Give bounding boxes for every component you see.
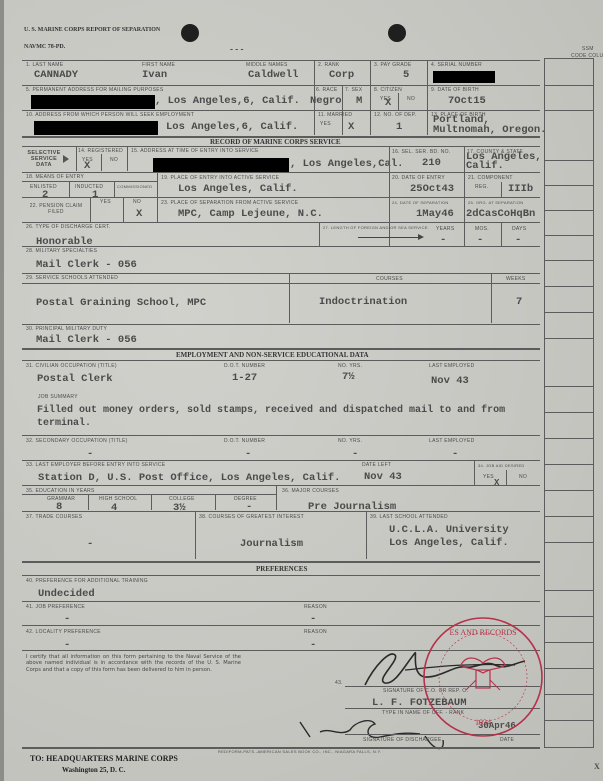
- trade-courses-value: -: [87, 538, 93, 550]
- col-line: [151, 494, 152, 510]
- race-value: Negro: [310, 95, 342, 107]
- sel-ser-bd-label: 16. SEL. SER. BD. NO.: [392, 149, 451, 155]
- col-line: [501, 222, 502, 246]
- birthplace-line2: Multnomah, Oregon.: [433, 124, 546, 136]
- serial-number-label: 4. SERIAL NUMBER: [431, 62, 482, 68]
- code-line: [544, 210, 594, 211]
- registered-no-label: NO: [110, 157, 118, 163]
- sex-value: M: [356, 95, 362, 107]
- col-line: [501, 182, 502, 197]
- col-line: [127, 146, 128, 171]
- date-of-entry-value: 25Oct43: [410, 183, 454, 195]
- years-value: -: [440, 234, 446, 246]
- col-line: [464, 146, 465, 246]
- weeks-label: WEEKS: [506, 276, 526, 282]
- employment-address-value: Los Angeles,6, Calif.: [166, 121, 298, 133]
- enlisted-value: 2: [42, 189, 48, 201]
- col-line: [491, 273, 492, 323]
- col-line: [427, 60, 428, 135]
- married-no-mark: X: [348, 121, 354, 133]
- svg-text:ES AND RECORDS: ES AND RECORDS: [449, 628, 516, 637]
- additional-training-value: Undecided: [38, 588, 95, 600]
- document-page: U. S. MARINE CORPS REPORT OF SEPARATION …: [0, 0, 603, 781]
- code-line: [544, 642, 594, 643]
- secondary-dot-label: D.O.T. NUMBER: [224, 438, 265, 444]
- weeks-value: 7: [516, 296, 522, 308]
- inducted-value: 1: [92, 189, 98, 201]
- redacted-entry-address: [153, 158, 289, 172]
- row-line: [22, 435, 540, 436]
- secondary-occupation-label: 32. SECONDARY OCCUPATION (TITLE): [26, 438, 128, 444]
- place-of-separation-label: 23. PLACE OF SEPARATION FROM ACTIVE SERV…: [161, 200, 298, 206]
- arrow-long-icon: [358, 237, 420, 238]
- row-line: [22, 246, 540, 247]
- row-line: [22, 460, 540, 461]
- job-summary-line2: terminal.: [37, 418, 91, 429]
- place-of-entry-value: Los Angeles, Calif.: [178, 183, 298, 195]
- place-of-separation-value: MPC, Camp Lejeune, N.C.: [178, 208, 323, 220]
- job-summary-label: JOB SUMMARY: [38, 394, 78, 400]
- discharge-type-label: 26. TYPE OF DISCHARGE CERT.: [26, 224, 111, 230]
- months-value: -: [477, 234, 483, 246]
- address-at-entry-label: 15. ADDRESS AT TIME OF ENTRY INTO SERVIC…: [131, 148, 259, 154]
- sel-ser-bd-value: 210: [422, 157, 441, 169]
- means-of-entry-label: 18. MEANS OF ENTRY: [26, 174, 84, 180]
- col-line: [76, 146, 77, 171]
- registered-yes-mark: X: [84, 160, 90, 172]
- col-line: [289, 273, 290, 323]
- org-at-separation-value: 2dCasCoHqBn: [466, 208, 535, 220]
- code-line: [544, 464, 594, 465]
- pension-no-label: NO: [133, 199, 141, 205]
- dot-number-value: 1-27: [232, 372, 257, 384]
- days-value: -: [515, 234, 521, 246]
- col-line: [114, 181, 115, 197]
- row-line: [22, 60, 540, 61]
- row-line: [22, 511, 540, 512]
- college-value: 3½: [173, 502, 186, 514]
- dot-number-label: D.O.T. NUMBER: [224, 363, 265, 369]
- commissioned-label: COMMISSIONED: [117, 184, 152, 189]
- col-line: [88, 494, 89, 510]
- pension-no-mark: X: [136, 208, 142, 220]
- arrow-right-icon: [63, 155, 69, 163]
- col-line: [474, 460, 475, 485]
- code-line: [544, 694, 594, 695]
- job-summary-line1: Filled out money orders, sold stamps, re…: [37, 405, 505, 416]
- rank-value: Corp: [329, 69, 354, 81]
- corner-mark: X: [594, 762, 600, 771]
- dob-label: 9. DATE OF BIRTH: [431, 87, 479, 93]
- component-reg-label: REG.: [475, 184, 488, 190]
- redacted-serial-number: [433, 71, 495, 83]
- date-left-value: Nov 43: [364, 471, 402, 483]
- last-employed-label: LAST EMPLOYED: [429, 363, 475, 369]
- first-name-value: Ivan: [142, 69, 167, 81]
- col-line: [69, 181, 70, 197]
- middle-name-label: MIDDLE NAMES: [246, 62, 288, 68]
- job-aid-yes-label: YES: [483, 474, 494, 480]
- col-line: [366, 511, 367, 559]
- code-line: [544, 616, 594, 617]
- code-line: [544, 58, 594, 59]
- code-line: [544, 516, 594, 517]
- archives-seal: ES AND RECORDS 1934: [421, 615, 545, 739]
- courses-label: COURSES: [376, 276, 403, 282]
- code-line: [544, 438, 594, 439]
- last-school-line1: U.C.L.A. University: [389, 524, 509, 536]
- married-yes-label: YES: [320, 121, 331, 127]
- job-preference-value: -: [64, 613, 70, 625]
- col-line: [370, 60, 371, 135]
- secondary-yrs-value: -: [352, 448, 358, 460]
- principal-duty-label: 30. PRINCIPAL MILITARY DUTY: [26, 326, 107, 332]
- row-line: [22, 494, 276, 495]
- civilian-occupation-label: 31. CIVILIAN OCCUPATION (TITLE): [26, 363, 117, 369]
- row-line: [22, 146, 540, 147]
- code-line: [544, 720, 594, 721]
- secondary-yrs-label: NO. YRS.: [338, 438, 362, 444]
- job-reason-value: -: [310, 613, 316, 625]
- county-state-line2: Calif.: [466, 160, 504, 172]
- row-line: [22, 85, 540, 86]
- form-title: U. S. MARINE CORPS REPORT OF SEPARATION: [24, 27, 160, 33]
- major-courses-label: 36. MAJOR COURSES: [282, 488, 339, 494]
- selective-service-label: SELECTIVE SERVICE DATA: [24, 150, 64, 168]
- printer-imprint: REDIFORM-PATS.-AMERICAN SALES BOOK CO., …: [218, 749, 381, 754]
- form-number: NAVMC 78-PD.: [24, 44, 65, 50]
- col-line: [398, 93, 399, 110]
- job-aid-no-label: NO: [519, 474, 527, 480]
- component-value: IIIb: [508, 183, 533, 195]
- code-line: [544, 386, 594, 387]
- locality-reason-label: REASON: [304, 629, 327, 635]
- col-line: [276, 485, 277, 510]
- race-label: 6. RACE: [316, 87, 338, 93]
- redacted-street-address: [31, 95, 155, 109]
- component-label: 21. COMPONENT: [468, 175, 513, 181]
- place-of-entry-label: 19. PLACE OF ENTRY INTO ACTIVE SERVICE: [161, 175, 279, 181]
- row-line: [22, 181, 157, 182]
- code-line: [544, 235, 594, 236]
- preferences-section-title: PREFERENCES: [256, 565, 307, 573]
- row-line: [22, 324, 540, 325]
- job-aid-yes-mark: X: [494, 478, 499, 488]
- row-line: [22, 575, 540, 576]
- secondary-occupation-value: -: [87, 448, 93, 460]
- last-name-value: CANNADY: [34, 69, 78, 81]
- last-school-line2: Los Angeles, Calif.: [389, 537, 509, 549]
- rank-label: 2. RANK: [318, 62, 340, 68]
- punch-hole-left: [181, 24, 199, 42]
- footer-to-line1: TO: HEADQUARTERS MARINE CORPS: [30, 754, 178, 763]
- address-at-entry-value: , Los Angeles,Cal.: [290, 158, 403, 170]
- certification-statement: I certify that all information on this f…: [26, 654, 241, 673]
- section-line: [22, 348, 540, 350]
- secondary-last-employed-label: LAST EMPLOYED: [429, 438, 475, 444]
- secondary-last-employed-value: -: [452, 448, 458, 460]
- inducted-label: INDUCTED: [75, 184, 103, 190]
- code-line: [544, 260, 594, 261]
- courses-value: Indoctrination: [319, 296, 407, 308]
- code-line: [544, 160, 594, 161]
- scan-edge: [0, 0, 4, 781]
- trade-courses-label: 37. TRADE COURSES: [26, 514, 82, 520]
- last-name-label: 1. LAST NAME: [26, 62, 63, 68]
- last-employer-value: Station D, U.S. Post Office, Los Angeles…: [38, 472, 340, 484]
- additional-training-label: 40. PREFERENCE FOR ADDITIONAL TRAINING: [26, 578, 148, 584]
- job-preference-label: 41. JOB PREFERENCE: [26, 604, 85, 610]
- code-column-top: SSM: [582, 46, 594, 52]
- row-line: [22, 360, 540, 361]
- col-line: [389, 146, 390, 246]
- service-schools-label: 29. SERVICE SCHOOLS ATTENDED: [26, 275, 118, 281]
- svg-text:1934: 1934: [475, 718, 491, 727]
- foreign-service-label: 27. LENGTH OF FOREIGN AND/OR SEA SERVICE: [323, 225, 428, 230]
- citizen-no-label: NO: [407, 96, 415, 102]
- last-employer-label: 33. LAST EMPLOYER BEFORE ENTRY INTO SERV…: [26, 462, 165, 468]
- civilian-occupation-value: Postal Clerk: [37, 373, 113, 385]
- org-at-separation-label: 25. ORG. AT SEPARATION: [468, 200, 523, 205]
- date-left-label: DATE LEFT: [362, 462, 391, 468]
- col-line: [101, 154, 102, 171]
- military-specialties-label: 28. MILITARY SPECIALTIES: [26, 248, 97, 254]
- job-reason-label: REASON: [304, 604, 327, 610]
- code-line: [544, 747, 594, 748]
- months-label: MOS.: [475, 226, 489, 232]
- employment-section-title: EMPLOYMENT AND NON-SERVICE EDUCATIONAL D…: [176, 351, 369, 359]
- principal-duty-value: Mail Clerk - 056: [36, 334, 137, 346]
- job-aid-label: 34. JOB AID DESIRED: [478, 463, 525, 468]
- row-line: [22, 485, 540, 486]
- row-line: [22, 273, 540, 274]
- code-line: [544, 85, 594, 86]
- col-line: [123, 197, 124, 222]
- courses-interest-label: 38. COURSES OF GREATEST INTEREST: [199, 514, 304, 520]
- code-line: [544, 185, 594, 186]
- last-school-label: 39. LAST SCHOOL ATTENDED: [370, 514, 448, 520]
- row-line: [22, 283, 540, 284]
- pay-grade-label: 3. PAY GRADE: [374, 62, 412, 68]
- dependents-value: 1: [396, 121, 402, 133]
- code-line: [544, 590, 594, 591]
- code-line: [544, 338, 594, 339]
- days-label: DAYS: [512, 226, 526, 232]
- col-line: [506, 470, 507, 485]
- col-line: [319, 222, 320, 246]
- middle-name-value: Caldwell: [248, 69, 298, 81]
- row-line: [22, 222, 540, 223]
- code-line: [544, 542, 594, 543]
- col-line: [215, 494, 216, 510]
- date-of-entry-label: 20. DATE OF ENTRY: [392, 175, 445, 181]
- row-line: [22, 172, 540, 173]
- last-employed-value: Nov 43: [431, 375, 469, 387]
- section-line: [22, 561, 540, 563]
- code-line: [544, 312, 594, 313]
- locality-preference-label: 42. LOCALITY PREFERENCE: [26, 629, 101, 635]
- code-line: [544, 412, 594, 413]
- citizen-yes-mark: X: [385, 97, 391, 109]
- code-line: [544, 286, 594, 287]
- service-schools-value: Postal Graining School, MPC: [36, 297, 206, 309]
- secondary-dot-value: -: [245, 448, 251, 460]
- high-school-label: HIGH SCHOOL: [99, 496, 137, 502]
- service-record-title: RECORD OF MARINE CORPS SERVICE: [210, 138, 341, 146]
- row-line: [22, 110, 540, 111]
- date-of-separation-label: 24. DATE OF SEPARATION: [392, 200, 449, 205]
- item-43-number: 43.: [335, 680, 343, 686]
- col-line: [90, 197, 91, 222]
- dob-value: 7Oct15: [448, 95, 486, 107]
- code-line: [544, 490, 594, 491]
- employment-address-label: 10. ADDRESS FROM WHICH PERSON WILL SEEK …: [26, 112, 194, 118]
- date-of-separation-value: 1May46: [416, 208, 454, 220]
- dependents-label: 12. NO. OF DEP.: [374, 112, 416, 118]
- pension-yes-label: YES: [100, 199, 111, 205]
- years-label: YEARS: [436, 226, 454, 232]
- footer-to-line2: Washington 25, D. C.: [62, 766, 125, 774]
- code-column-right-border: [593, 58, 594, 748]
- header-dashes: - - -: [230, 44, 244, 54]
- punch-hole-right: [388, 24, 406, 42]
- col-line: [195, 511, 196, 559]
- permanent-address-label: 5. PERMANENT ADDRESS FOR MAILING PURPOSE…: [26, 87, 164, 93]
- pension-claim-label: 22. PENSION CLAIM FILED: [26, 203, 86, 215]
- high-school-value: 4: [111, 502, 117, 514]
- code-line: [544, 110, 594, 111]
- no-yrs-value: 7½: [342, 371, 355, 383]
- first-name-label: FIRST NAME: [142, 62, 175, 68]
- row-line: [22, 601, 540, 602]
- code-line: [544, 668, 594, 669]
- courses-interest-value: Journalism: [240, 538, 303, 550]
- arrow-head-icon: [418, 234, 424, 240]
- military-specialties-value: Mail Clerk - 056: [36, 259, 137, 271]
- permanent-address-value: , Los Angeles,6, Calif.: [155, 95, 300, 107]
- row-line: [22, 197, 540, 198]
- sex-label: 7. SEX: [345, 87, 362, 93]
- redacted-employment-street: [34, 121, 158, 135]
- married-label: 11. MARRIED: [318, 112, 352, 118]
- pay-grade-value: 5: [403, 69, 409, 81]
- no-yrs-label: NO. YRS.: [338, 363, 362, 369]
